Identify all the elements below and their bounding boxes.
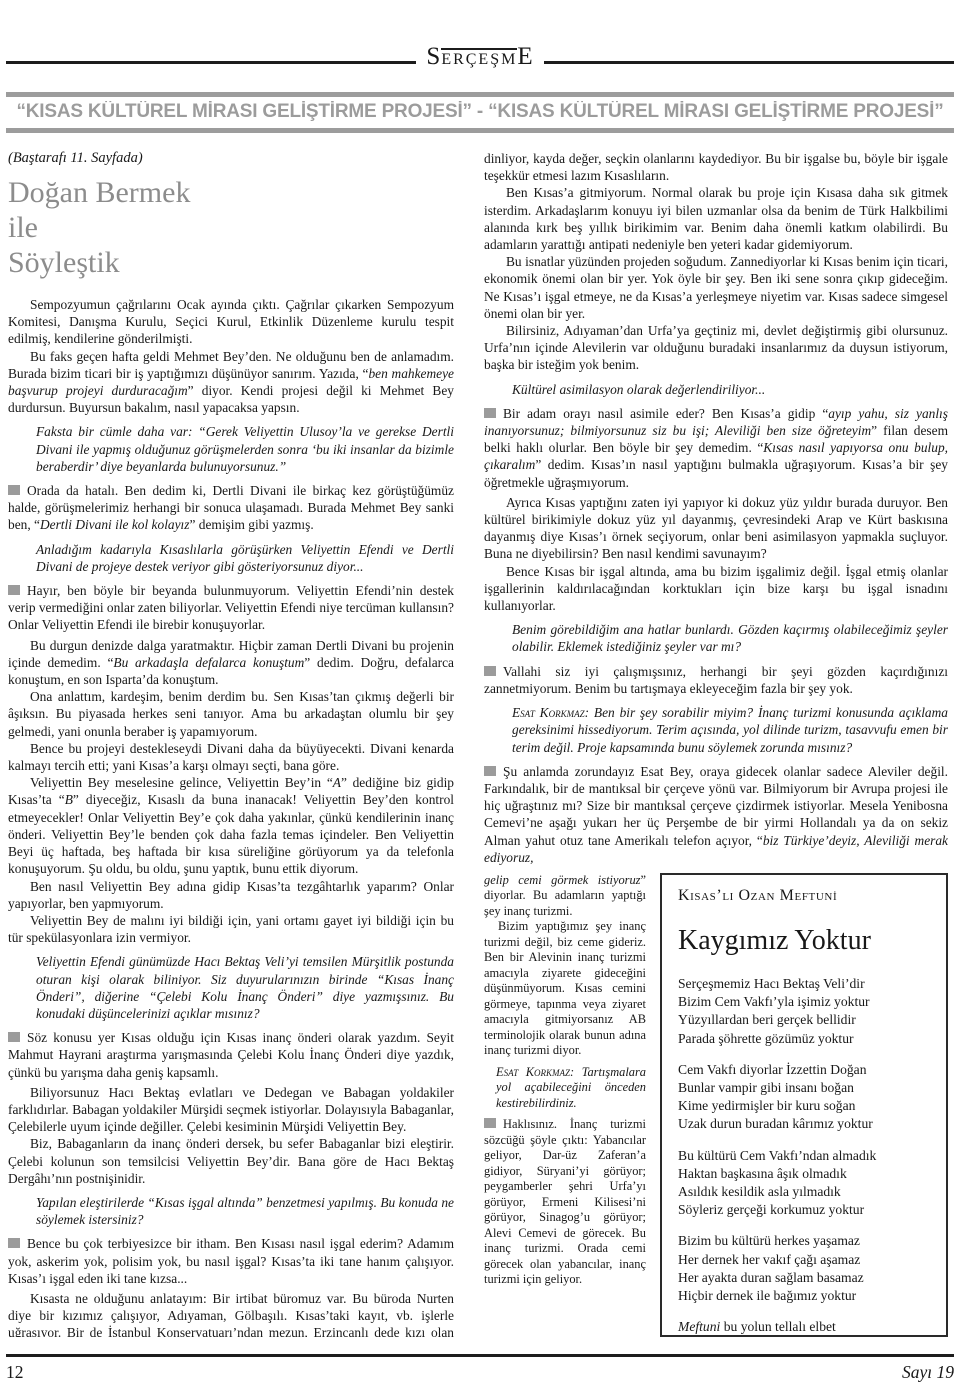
answer-bullet-icon [8,485,20,495]
body-paragraph: Bu isnatlar yüzünden projeden soğudum. Z… [484,253,948,322]
masthead: SERÇEŞME [6,44,954,69]
poem-title: Kaygımız Yoktur [678,925,930,957]
poem-line: Haktan başkasına âşık olmadık [678,1165,930,1183]
body-paragraph: Bizim yaptığımız şey inanç turizmi değil… [484,919,646,1059]
magazine-logo: SERÇEŞME [426,44,533,69]
poem-line: Parada şöhrette gözümüz yoktur [678,1030,930,1048]
poem-line: Meftuni bu yolun tellalı elbet [678,1318,930,1336]
headline-line-1: Doğan Bermek [8,175,454,210]
body-paragraph: Veliyettin Bey meselesine gelince, Veliy… [8,774,454,877]
interview-answer: Vallahi siz iyi çalışmışsınız, herhangi … [484,663,948,697]
body-paragraph: Ona anlattım, kardeşim, benim derdim bu.… [8,688,454,740]
page-number: 12 [6,1364,24,1382]
poem-line: Serçeşmemiz Hacı Bektaş Veli’dir [678,975,930,993]
poem-kicker: Kısas’lı Ozan Meftuni [678,887,930,905]
body-paragraph: Bence Kısas bir işgal altında, ama bu bi… [484,563,948,615]
answer-bullet-icon [484,766,496,776]
poem-line: Her ayakta duran sağlam basamaz [678,1269,930,1287]
interview-question: Faksta bir cümle daha var: “Gerek Veliye… [36,423,454,475]
project-banner: “KISAS KÜLTÜREL MİRASI GELİŞTİRME PROJES… [6,92,954,133]
interview-question: Yapılan eleştirilerde “Kısas işgal altın… [36,1194,454,1228]
masthead-rule-right [544,61,954,64]
page-footer: 12 Sayı 19 [6,1354,954,1382]
body-paragraph: Bence bu projeyi destekleseydi Divani da… [8,740,454,774]
interview-question: Veliyettin Efendi günümüzde Hacı Bektaş … [36,953,454,1022]
body-paragraph: Sempozyumun çağrılarını Ocak ayında çıkt… [8,296,454,348]
body-paragraph: Ben Kısas’a gitmiyorum. Normal olarak bu… [484,184,948,253]
magazine-page: SERÇEŞME “KISAS KÜLTÜREL MİRASI GELİŞTİR… [0,0,960,1393]
headline-line-2: ile [8,210,454,245]
article-body: (Baştarafı 11. Sayfada) Doğan Bermek ile… [8,150,948,1337]
body-paragraph: gelip cemi görmek istiyoruz” diyorlar. B… [484,873,646,920]
logo-first-letter: S [426,43,441,70]
answer-bullet-icon [484,666,496,676]
left-column-paragraphs: Sempozyumun çağrılarını Ocak ayında çıkt… [8,296,454,1337]
poem-line: Gerçeği söyleriz efendim himmet [678,1336,930,1337]
banner-bar-top [6,92,954,97]
right-narrow-column: gelip cemi görmek istiyoruz” diyorlar. B… [484,873,646,1337]
body-paragraph: Bu faks geçen hafta geldi Mehmet Bey’den… [8,348,454,417]
poem-stanza: Serçeşmemiz Hacı Bektaş Veli’dirBizim Ce… [678,975,930,1048]
poem-line: Bizim bu kültürü herkes yaşamaz [678,1232,930,1250]
poem-line: Hiçbir dernek ile bağımız yoktur [678,1287,930,1305]
interview-answer: Haklısınız. İnanç turizmi sözcüğü şöyle … [484,1117,646,1288]
poem-line: Uzak durun buradan kârımız yoktur [678,1115,930,1133]
banner-title: “KISAS KÜLTÜREL MİRASI GELİŞTİRME PROJES… [6,101,954,123]
interview-answer: Orada da hatalı. Ben dedim ki, Dertli Di… [8,482,454,534]
interview-question: Benim görebildiğim ana hatlar bunlardı. … [512,621,948,655]
right-column: dinliyor, kayda değer, seçkin olanlarını… [484,150,948,1337]
body-paragraph: Kısasta ne olduğunu anlatayım: Bir irtib… [8,1290,454,1337]
article-headline: Doğan Bermek ile Söyleştik [8,175,454,280]
answer-bullet-icon [8,585,20,595]
poem-stanza: Bu kültürü Cem Vakfı’ndan almadıkHaktan … [678,1147,930,1220]
body-paragraph: Veliyettin Bey de malını iyi bildiği içi… [8,912,454,946]
poem-line: Asıldık kesildik asla yılmadık [678,1183,930,1201]
footer-rule [6,1354,954,1357]
poem-line: Cem Vakfı diyorlar İzzettin Doğan [678,1061,930,1079]
interview-answer: Bir adam orayı nasıl asimile eder? Ben K… [484,405,948,491]
interview-answer: Bence bu çok terbiyesizce bir itham. Ben… [8,1235,454,1287]
body-paragraph: Biliyorsunuz Hacı Bektaş evlatları ve De… [8,1084,454,1136]
interview-answer: Şu anlamda zorundayız Esat Bey, oraya gi… [484,763,948,866]
body-paragraph: Bu durgun denizde dalga yaratmaktır. Hiç… [8,637,454,689]
interview-question: Esat Korkmaz: Ben bir şey sorabilir miyi… [512,704,948,756]
body-paragraph: Biz, Babaganların da inanç önderi dersek… [8,1135,454,1187]
body-paragraph: Ben nasıl Veliyettin Bey adına gidip Kıs… [8,878,454,912]
headline-line-3: Söyleştik [8,245,454,280]
poem-line: Söyleriz gerçeği korkumuz yoktur [678,1201,930,1219]
body-paragraph: dinliyor, kayda değer, seçkin olanlarını… [484,150,948,184]
answer-bullet-icon [8,1032,20,1042]
continuation-note: (Baştarafı 11. Sayfada) [8,150,454,167]
poem-stanza: Bizim bu kültürü herkes yaşamazHer derne… [678,1232,930,1305]
right-lower-section: gelip cemi görmek istiyoruz” diyorlar. B… [484,873,948,1337]
poem-line: Bizim Cem Vakfı’yla işimiz yoktur [678,993,930,1011]
interview-answer: Söz konusu yer Kısas olduğu için Kısas i… [8,1029,454,1081]
answer-bullet-icon [8,1238,20,1248]
body-paragraph: Bilirsiniz, Adıyaman’dan Urfa’ya geçtini… [484,322,948,374]
poem-line: Bu kültürü Cem Vakfı’ndan almadık [678,1147,930,1165]
poem-line: Kime yedirmişler bir kuru soğan [678,1097,930,1115]
logo-last-letter: E [517,43,533,70]
poem-stanzas: Serçeşmemiz Hacı Bektaş Veli’dirBizim Ce… [678,975,930,1337]
masthead-rule-left [6,61,416,64]
right-column-paragraphs: dinliyor, kayda değer, seçkin olanlarını… [484,150,948,869]
interview-question: Esat Korkmaz: Tartışmalara yol açabilece… [496,1065,646,1112]
banner-bar-bottom [6,128,954,133]
poem-line: Yüzyıllardan beri gerçek bellidir [678,1011,930,1029]
body-paragraph: Ayrıca Kısas yaptığını zaten iyi yapıyor… [484,494,948,563]
answer-bullet-icon [484,1118,496,1128]
left-column: (Baştarafı 11. Sayfada) Doğan Bermek ile… [8,150,454,1337]
interview-question: Kültürel asimilasyon olarak değerlendiri… [512,381,948,398]
interview-question: Anladığım kadarıyla Kısaslılarla görüşür… [36,541,454,575]
poem-stanza: Meftuni bu yolun tellalı elbetGerçeği sö… [678,1318,930,1337]
logo-middle-letters: ERÇEŞM [441,48,517,68]
poem-line: Her dernek her vakıf çağı aşamaz [678,1251,930,1269]
poem-line: Bunlar vampir gibi insanı boğan [678,1079,930,1097]
poem-stanza: Cem Vakfı diyorlar İzzettin DoğanBunlar … [678,1061,930,1134]
interview-answer: Hayır, ben böyle bir beyanda bulunmuyoru… [8,582,454,634]
footer-row: 12 Sayı 19 [6,1364,954,1382]
issue-label: Sayı 19 [902,1364,954,1382]
answer-bullet-icon [484,408,496,418]
poem-box: Kısas’lı Ozan Meftuni Kaygımız Yoktur Se… [660,873,948,1337]
